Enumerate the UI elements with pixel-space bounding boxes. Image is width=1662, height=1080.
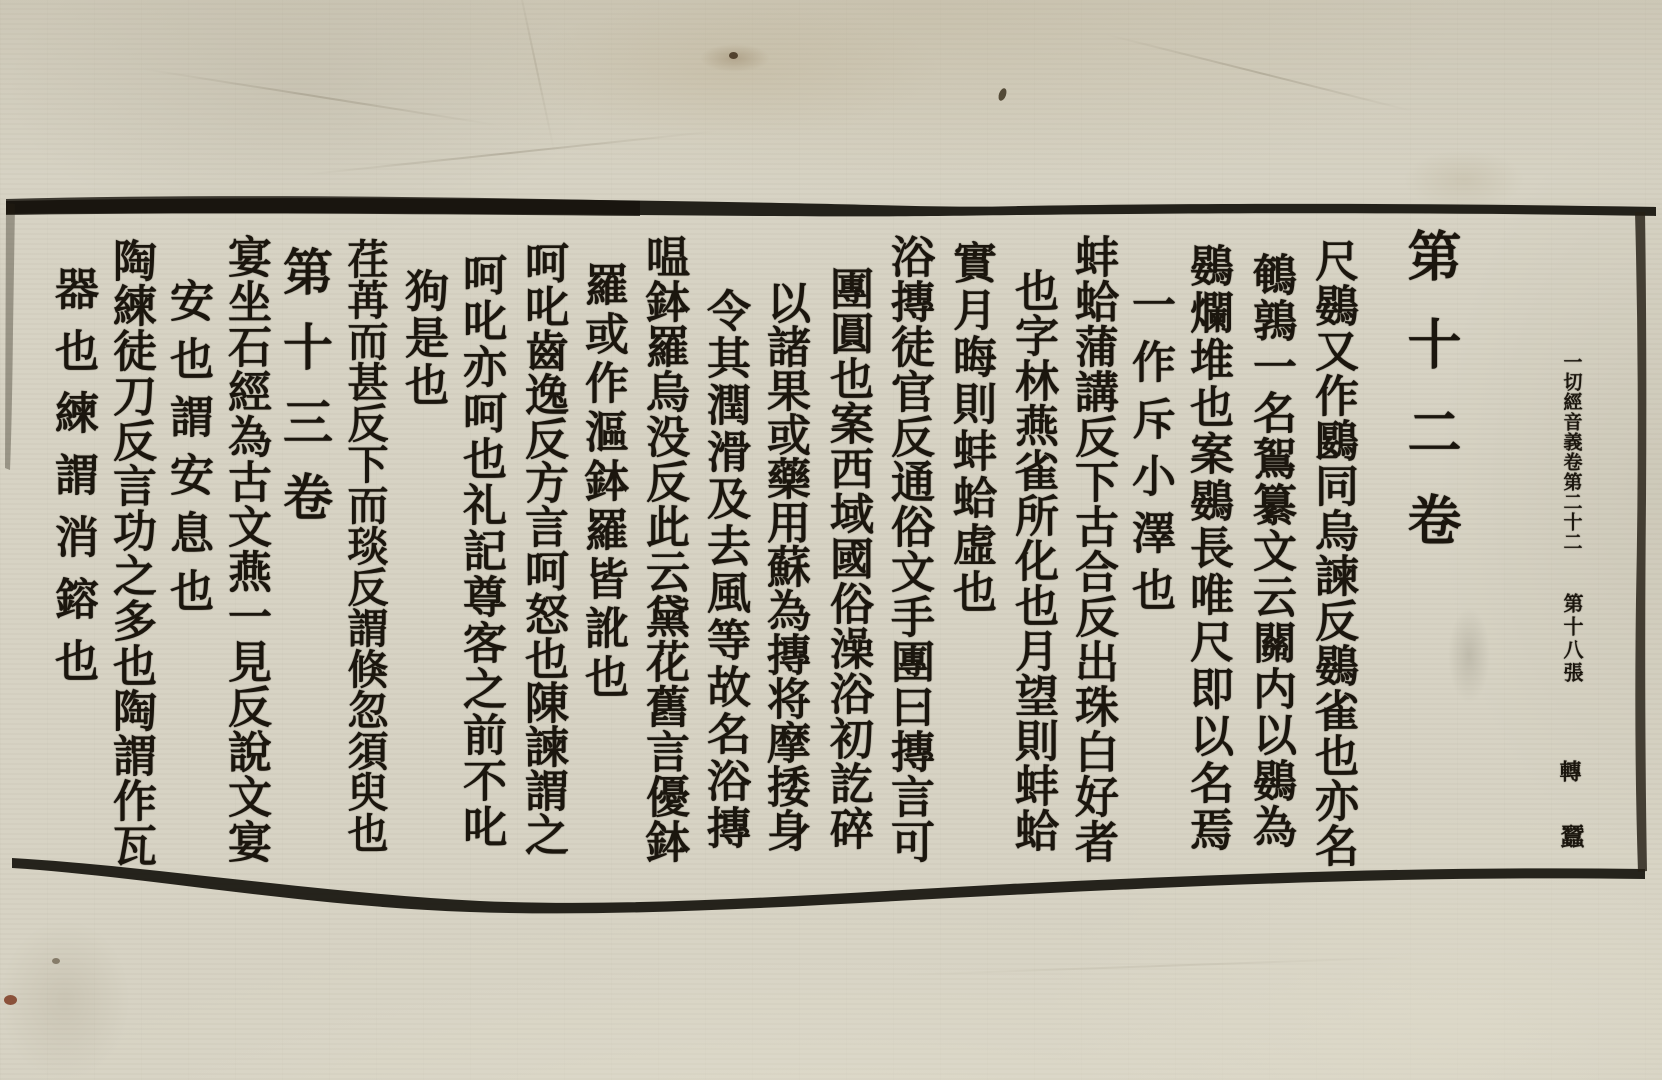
- top-border-thickening: [6, 196, 640, 216]
- text-column-5-entry-text: 一作斥小澤也: [1122, 282, 1172, 624]
- text-column-16-entry-text: 呵叱亦呵也礼記尊客之前不叱: [453, 252, 503, 850]
- text-column-17-entry-text: 狗是也: [395, 268, 445, 409]
- bottom-border-rule: [12, 858, 1645, 913]
- text-column-4-entry-text: 鷃爛堆也案鷃長唯尺即以名焉: [1180, 243, 1230, 854]
- manuscript-page: 第十二卷尺鷃又作鶠同烏諫反鷃雀也亦名鵪鶉一名鴽纂文云關内以鷃為鷃爛堆也案鷃長唯尺…: [0, 0, 1662, 1080]
- text-column-12-entry-text: 令其潤滑及去風等故名浴摶: [697, 288, 747, 852]
- left-border-rule: [5, 203, 15, 470]
- text-column-21-entry-text: 安也謂安息也: [160, 278, 210, 626]
- text-column-3-entry-text: 鵪鶉一名鴽纂文云關内以鷃為: [1243, 252, 1293, 850]
- margin-note-1-volume-label: 一切經音義卷第二十二: [1556, 352, 1581, 552]
- text-column-13-entry-text: 嗢鉢羅烏没反此云黛花舊言優鉢: [636, 234, 686, 864]
- text-column-8-entry-text: 實月晦則蚌蛤虛也: [943, 240, 993, 616]
- text-column-11-entry-text: 以諸果或藥用蘇為摶将摩捼身: [757, 280, 807, 852]
- text-column-23-entry-text: 器也練謂消鎔也: [45, 266, 95, 700]
- text-column-6-entry-text: 蚌蛤蒲講反下古合反出珠白好者: [1065, 234, 1115, 864]
- margin-note-2-sheet-number: 第十八張: [1555, 593, 1581, 685]
- margin-note-4-case-mark: 蠶: [1551, 824, 1581, 848]
- text-column-2-entry-text: 尺鷃又作鶠同烏諫反鷃雀也亦名: [1305, 238, 1355, 868]
- margin-note-3-case-mark: 轉: [1552, 760, 1580, 782]
- text-column-15-entry-text: 呵叱齒逸反方言呵怒也陳諫謂之: [515, 240, 565, 856]
- text-column-20-entry-text: 宴坐石經為古文燕一見反說文宴: [218, 234, 268, 864]
- text-column-10-entry-text: 團圓也案西域國俗澡浴初訖碎: [820, 266, 870, 851]
- text-column-9-entry-text: 浴摶徒官反通俗文手團曰摶言可: [881, 234, 931, 864]
- text-column-19-section-heading: 第十三卷: [274, 246, 330, 546]
- text-column-14-entry-text: 羅或作漚鉢羅皆訛也: [575, 262, 625, 703]
- text-column-18-entry-text: 荏苒而甚反下而琰反謂倏忽須臾也: [339, 238, 386, 853]
- text-column-22-entry-text: 陶練徒刀反言功之多也陶謂作瓦: [103, 238, 153, 868]
- right-border-rule: [1635, 212, 1647, 872]
- text-column-7-entry-text: 也字林燕雀所化也月望則蚌蛤: [1005, 268, 1055, 853]
- text-column-1-section-heading: 第十二卷: [1398, 228, 1458, 580]
